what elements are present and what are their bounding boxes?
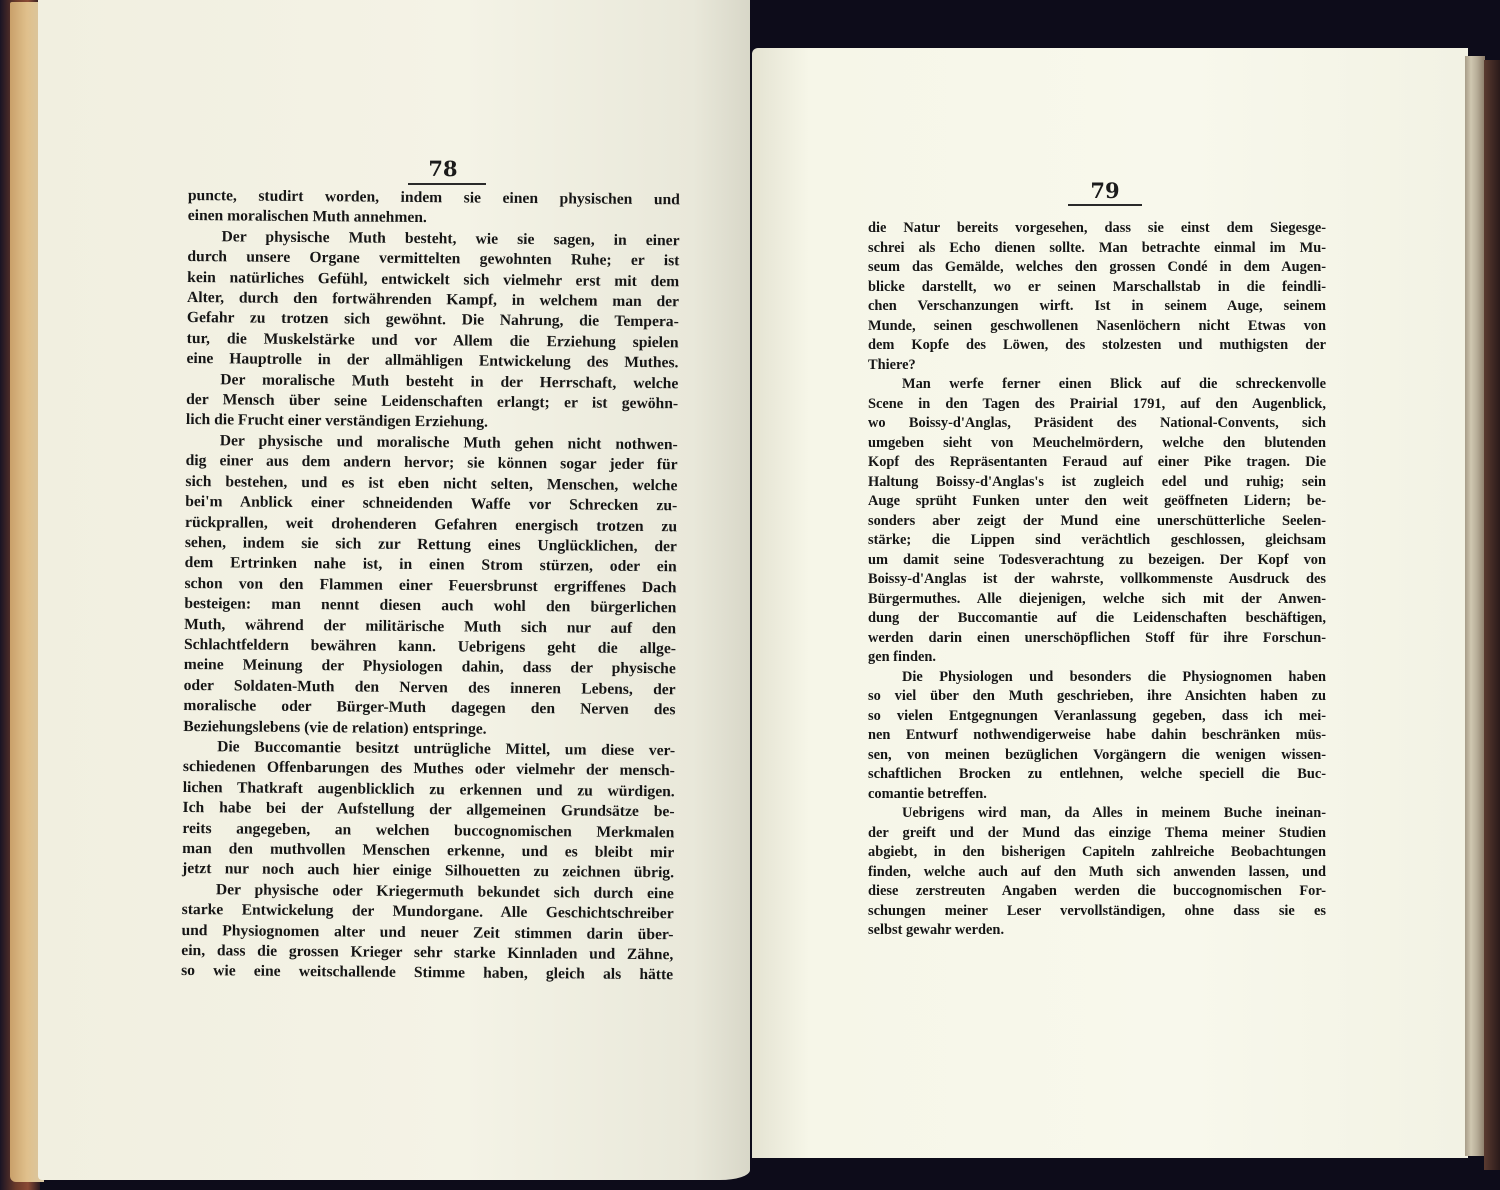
text-line: Boissy-d'Anglas ist der wahrste, vollkom… <box>868 570 1326 590</box>
text-line: die Natur bereits vorgesehen, dass sie e… <box>868 219 1326 239</box>
right-page-number-rule <box>1068 204 1142 206</box>
right-page-number: 79 <box>1080 178 1130 203</box>
text-line: dem Kopfe des Löwen, des stolzesten und … <box>868 336 1326 356</box>
text-line: wo Boissy-d'Anglas, Präsident des Nation… <box>868 414 1326 434</box>
text-line: der greift und der Mund das einzige Them… <box>868 824 1326 844</box>
text-line: chen Verschanzungen wirft. Ist in seinem… <box>868 297 1326 317</box>
text-line: so viel über den Muth geschrieben, ihre … <box>868 687 1326 707</box>
text-line: Bürgermuthes. Alle diejenigen, welche si… <box>868 590 1326 610</box>
text-line: um damit seine Todesverachtung zu bezeig… <box>868 551 1326 571</box>
left-page-number-rule <box>408 183 486 185</box>
text-line: so vielen Entgegnungen Veranlassung gege… <box>868 707 1326 727</box>
text-line: sonders aber zeigt der Mund eine unersch… <box>868 512 1326 532</box>
text-line: selbst gewahr werden. <box>868 921 1326 941</box>
text-line: Kopf des Repräsentanten Feraud auf einer… <box>868 453 1326 473</box>
text-line: Auge sprüht Funken unter den weit geöffn… <box>868 492 1326 512</box>
text-line: comantie betreffen. <box>868 785 1326 805</box>
text-line: Die Physiologen und besonders die Physio… <box>868 668 1326 688</box>
text-line: umgeben sieht von Meuchelmördern, welche… <box>868 434 1326 454</box>
text-line: Munde, seinen geschwollenen Nasenlöchern… <box>868 317 1326 337</box>
left-page-number: 78 <box>418 156 468 181</box>
left-page-body-text: puncte, studirt worden, indem sie einen … <box>181 186 680 986</box>
text-line: Haltung Boissy-d'Anglas's ist zugleich e… <box>868 473 1326 493</box>
text-line: diese zerstreuten Angaben werden die buc… <box>868 882 1326 902</box>
text-line: Man werfe ferner einen Blick auf die sch… <box>868 375 1326 395</box>
text-line: gen finden. <box>868 648 1326 668</box>
text-line: seum das Gemälde, welches den grossen Co… <box>868 258 1326 278</box>
right-cover-board <box>1484 60 1500 1170</box>
text-line: so wie eine weitschallende Stimme haben,… <box>181 961 673 986</box>
text-line: stärke; die Lippen sind verächtlich gesc… <box>868 531 1326 551</box>
text-line: nen Entwurf nothwendigerweise habe dahin… <box>868 726 1326 746</box>
text-line: Scene in den Tagen des Prairial 1791, au… <box>868 395 1326 415</box>
right-page-edges <box>1465 56 1485 1156</box>
text-line: schrei als Echo dienen sollte. Man betra… <box>868 239 1326 259</box>
text-line: abgiebt, in den bisherigen Capiteln zahl… <box>868 843 1326 863</box>
text-line: schaftlichen Brocken zu entlehnen, welch… <box>868 765 1326 785</box>
text-line: sen, von meinen bezüglichen Vorgängern d… <box>868 746 1326 766</box>
right-page-body-text: die Natur bereits vorgesehen, dass sie e… <box>868 219 1326 941</box>
text-line: Uebrigens wird man, da Alles in meinem B… <box>868 804 1326 824</box>
text-line: dung der Buccomantie auf die Leidenschaf… <box>868 609 1326 629</box>
text-line: schungen meiner Leser vervollständigen, … <box>868 902 1326 922</box>
text-line: blicke darstellt, wo er seinen Marschall… <box>868 278 1326 298</box>
text-line: finden, welche auch auf den Muth sich an… <box>868 863 1326 883</box>
text-line: werden darin einen unerschöpflichen Stof… <box>868 629 1326 649</box>
text-line: Thiere? <box>868 356 1326 376</box>
